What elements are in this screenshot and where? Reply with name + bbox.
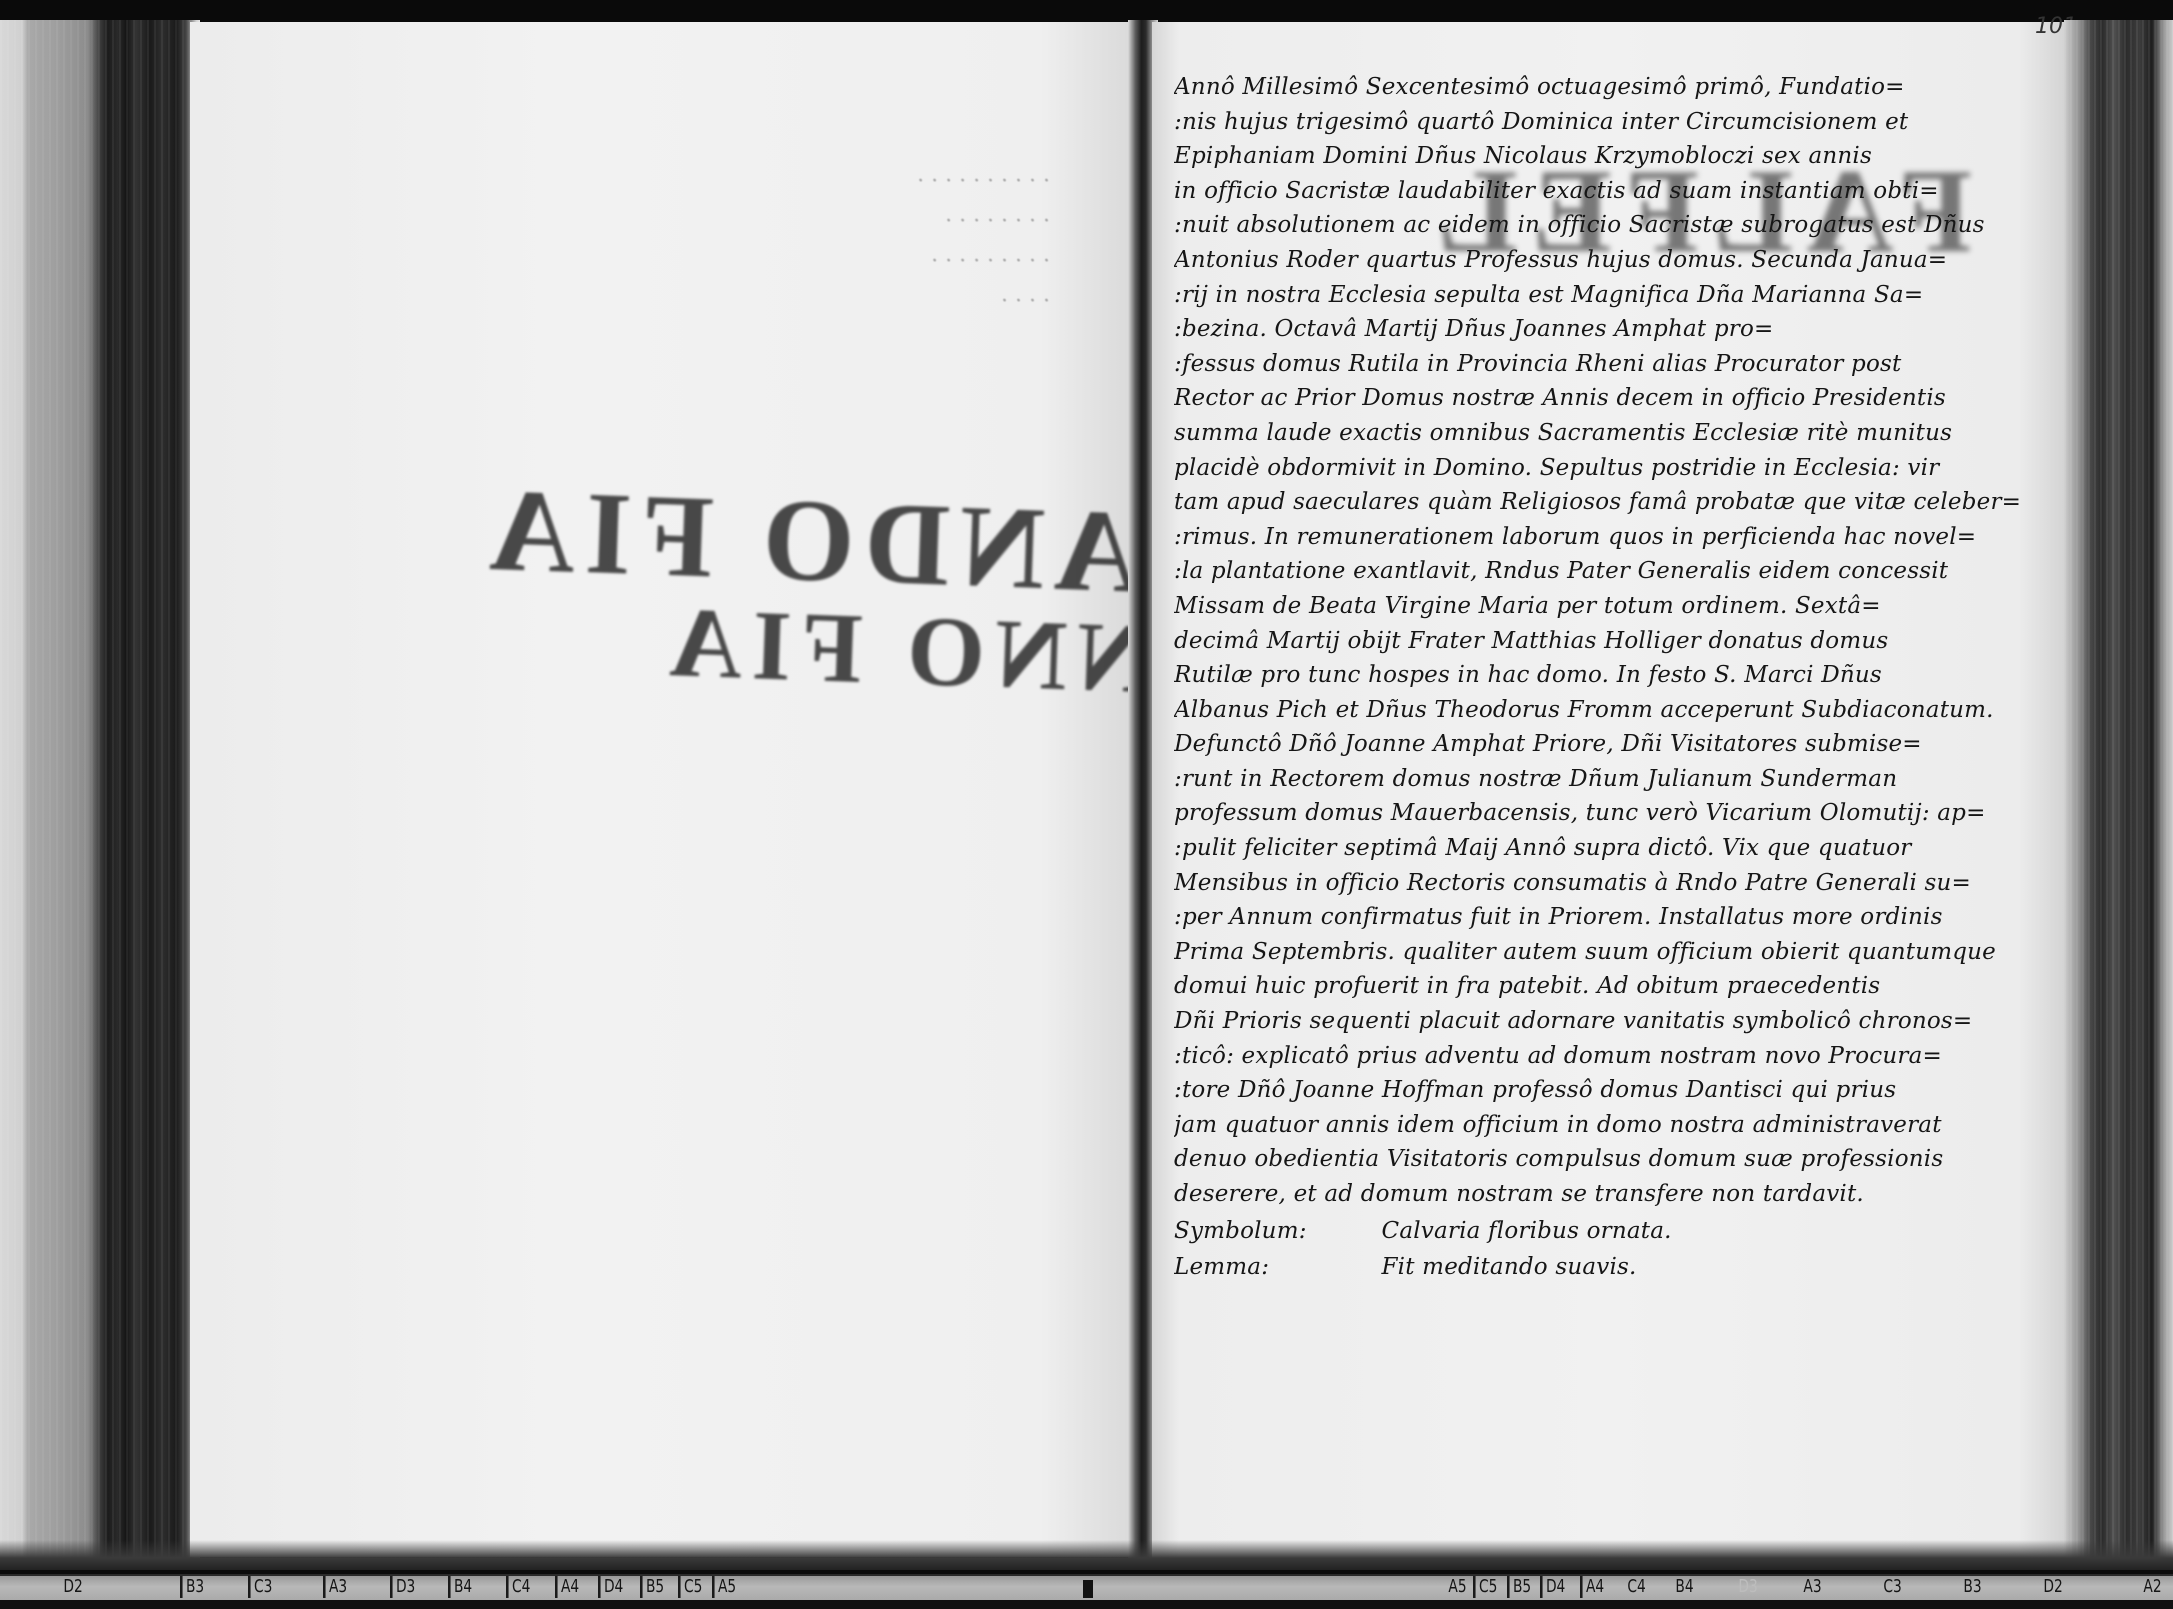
ghost-line: · · · · · · · · · · [570,162,1050,202]
calibration-label: A4 [1580,1576,1604,1598]
calibration-label: C5 [678,1576,702,1598]
left-page-ghost-text: · · · · · · · · · · · · · · · · · · · · … [570,162,1050,422]
right-fore-edge [2064,20,2173,1560]
left-page: · · · · · · · · · · · · · · · · · · · · … [190,22,1135,1557]
text-line: in officio Sacristæ laudabiliter exactis… [1174,174,2044,209]
text-line: :rij in nostra Ecclesia sepulta est Magn… [1174,278,2044,313]
text-line: domui huic profuerit in fra patebit. Ad … [1174,969,2044,1004]
calibration-label: C4 [506,1576,530,1598]
book-spread-scan: · · · · · · · · · · · · · · · · · · · · … [0,0,2173,1609]
calibration-marker [1083,1580,1093,1598]
calibration-label: D2 [2040,1576,2063,1598]
text-line: :rimus. In remunerationem laborum quos i… [1174,520,2044,555]
bottom-shadow [0,1540,2173,1570]
calibration-label: B5 [640,1576,664,1598]
calibration-label: D3 [390,1576,415,1598]
calibration-label: D3 [1735,1576,1758,1598]
text-line: Antonius Roder quartus Professus hujus d… [1174,243,2044,278]
text-line: Prima Septembris. qualiter autem suum of… [1174,935,2044,970]
text-line: deserere, et ad domum nostram se transfe… [1174,1177,2044,1212]
text-line: Mensibus in officio Rectoris consumatis … [1174,866,2044,901]
text-line: summa laude exactis omnibus Sacramentis … [1174,416,2044,451]
calibration-label: B4 [448,1576,472,1598]
lemma-line: Lemma: Fit meditando suavis. [1174,1250,2044,1285]
text-line: tam apud saeculares quàm Religiosos famâ… [1174,485,2044,520]
text-line: :ticô: explicatô prius adventu ad domum … [1174,1039,2044,1074]
text-line: :tore Dñô Joanne Hoffman professô domus … [1174,1073,2044,1108]
calibration-strip-border [0,1600,2173,1609]
calibration-label: D4 [598,1576,623,1598]
text-line: placidè obdormivit in Domino. Sepultus p… [1174,451,2044,486]
text-line: Dñi Prioris sequenti placuit adornare va… [1174,1004,2044,1039]
text-line: :pulit feliciter septimâ Maij Annô supra… [1174,831,2044,866]
text-line: Defunctô Dñô Joanne Amphat Priore, Dñi V… [1174,727,2044,762]
calibration-label: C3 [248,1576,272,1598]
calibration-label: B5 [1507,1576,1531,1598]
calibration-label: C3 [1880,1576,1902,1598]
calibration-label: B3 [1960,1576,1982,1598]
calibration-label: C4 [1624,1576,1646,1598]
left-fore-edge [0,20,200,1560]
text-line: decimâ Martij obijt Frater Matthias Holl… [1174,624,2044,659]
ghost-line: · · · · [570,282,1050,322]
ghost-line: · · · · · · · · · [570,242,1050,282]
text-line: Albanus Pich et Dñus Theodorus Fromm acc… [1174,693,2044,728]
right-page: 101 FALFEL Annô Millesimô Sexcentesimô o… [1152,22,2064,1560]
calibration-label: C5 [1473,1576,1497,1598]
ghost-line: · · · · · · · · [570,202,1050,242]
calibration-label: A2 [2140,1576,2162,1598]
calibration-label: D4 [1540,1576,1565,1598]
symbolum-line: Symbolum: Calvaria floribus ornata. [1174,1214,2044,1249]
text-line: :nis hujus trigesimô quartô Dominica int… [1174,105,2044,140]
text-line: :per Annum confirmatus fuit in Priorem. … [1174,900,2044,935]
text-line: Missam de Beata Virgine Maria per totum … [1174,589,2044,624]
text-line: :la plantatione exantlavit, Rndus Pater … [1174,554,2044,589]
manuscript-text: Annô Millesimô Sexcentesimô octuagesimô … [1174,70,2044,1285]
text-line: :nuit absolutionem ac eidem in officio S… [1174,208,2044,243]
calibration-label: B3 [180,1576,204,1598]
top-scan-border [0,0,2173,22]
lemma-label: Lemma: [1174,1250,1374,1285]
calibration-label: A5 [712,1576,736,1598]
text-line: :runt in Rectorem domus nostræ Dñum Juli… [1174,762,2044,797]
text-line: Rector ac Prior Domus nostræ Annis decem… [1174,381,2044,416]
calibration-label: A4 [555,1576,579,1598]
text-line: :fessus domus Rutila in Provincia Rheni … [1174,347,2044,382]
lemma-text: Fit meditando suavis. [1382,1254,1637,1280]
calibration-label: A3 [1800,1576,1822,1598]
text-line: Epiphaniam Domini Dñus Nicolaus Krzymobl… [1174,139,2044,174]
calibration-label: A3 [323,1576,347,1598]
text-line: Rutilæ pro tunc hospes in hac domo. In f… [1174,658,2044,693]
symbolum-label: Symbolum: [1174,1214,1374,1249]
calibration-label: D2 [60,1576,83,1598]
text-line: :bezina. Octavâ Martij Dñus Joannes Amph… [1174,312,2044,347]
symbolum-text: Calvaria floribus ornata. [1382,1218,1672,1244]
text-line: denuo obedientia Visitatoris compulsus d… [1174,1142,2044,1177]
text-line: Annô Millesimô Sexcentesimô octuagesimô … [1174,70,2044,105]
text-line: professum domus Mauerbacensis, tunc verò… [1174,796,2044,831]
calibration-label: A5 [1445,1576,1467,1598]
text-line: jam quatuor annis idem officium in domo … [1174,1108,2044,1143]
calibration-label: B4 [1672,1576,1694,1598]
